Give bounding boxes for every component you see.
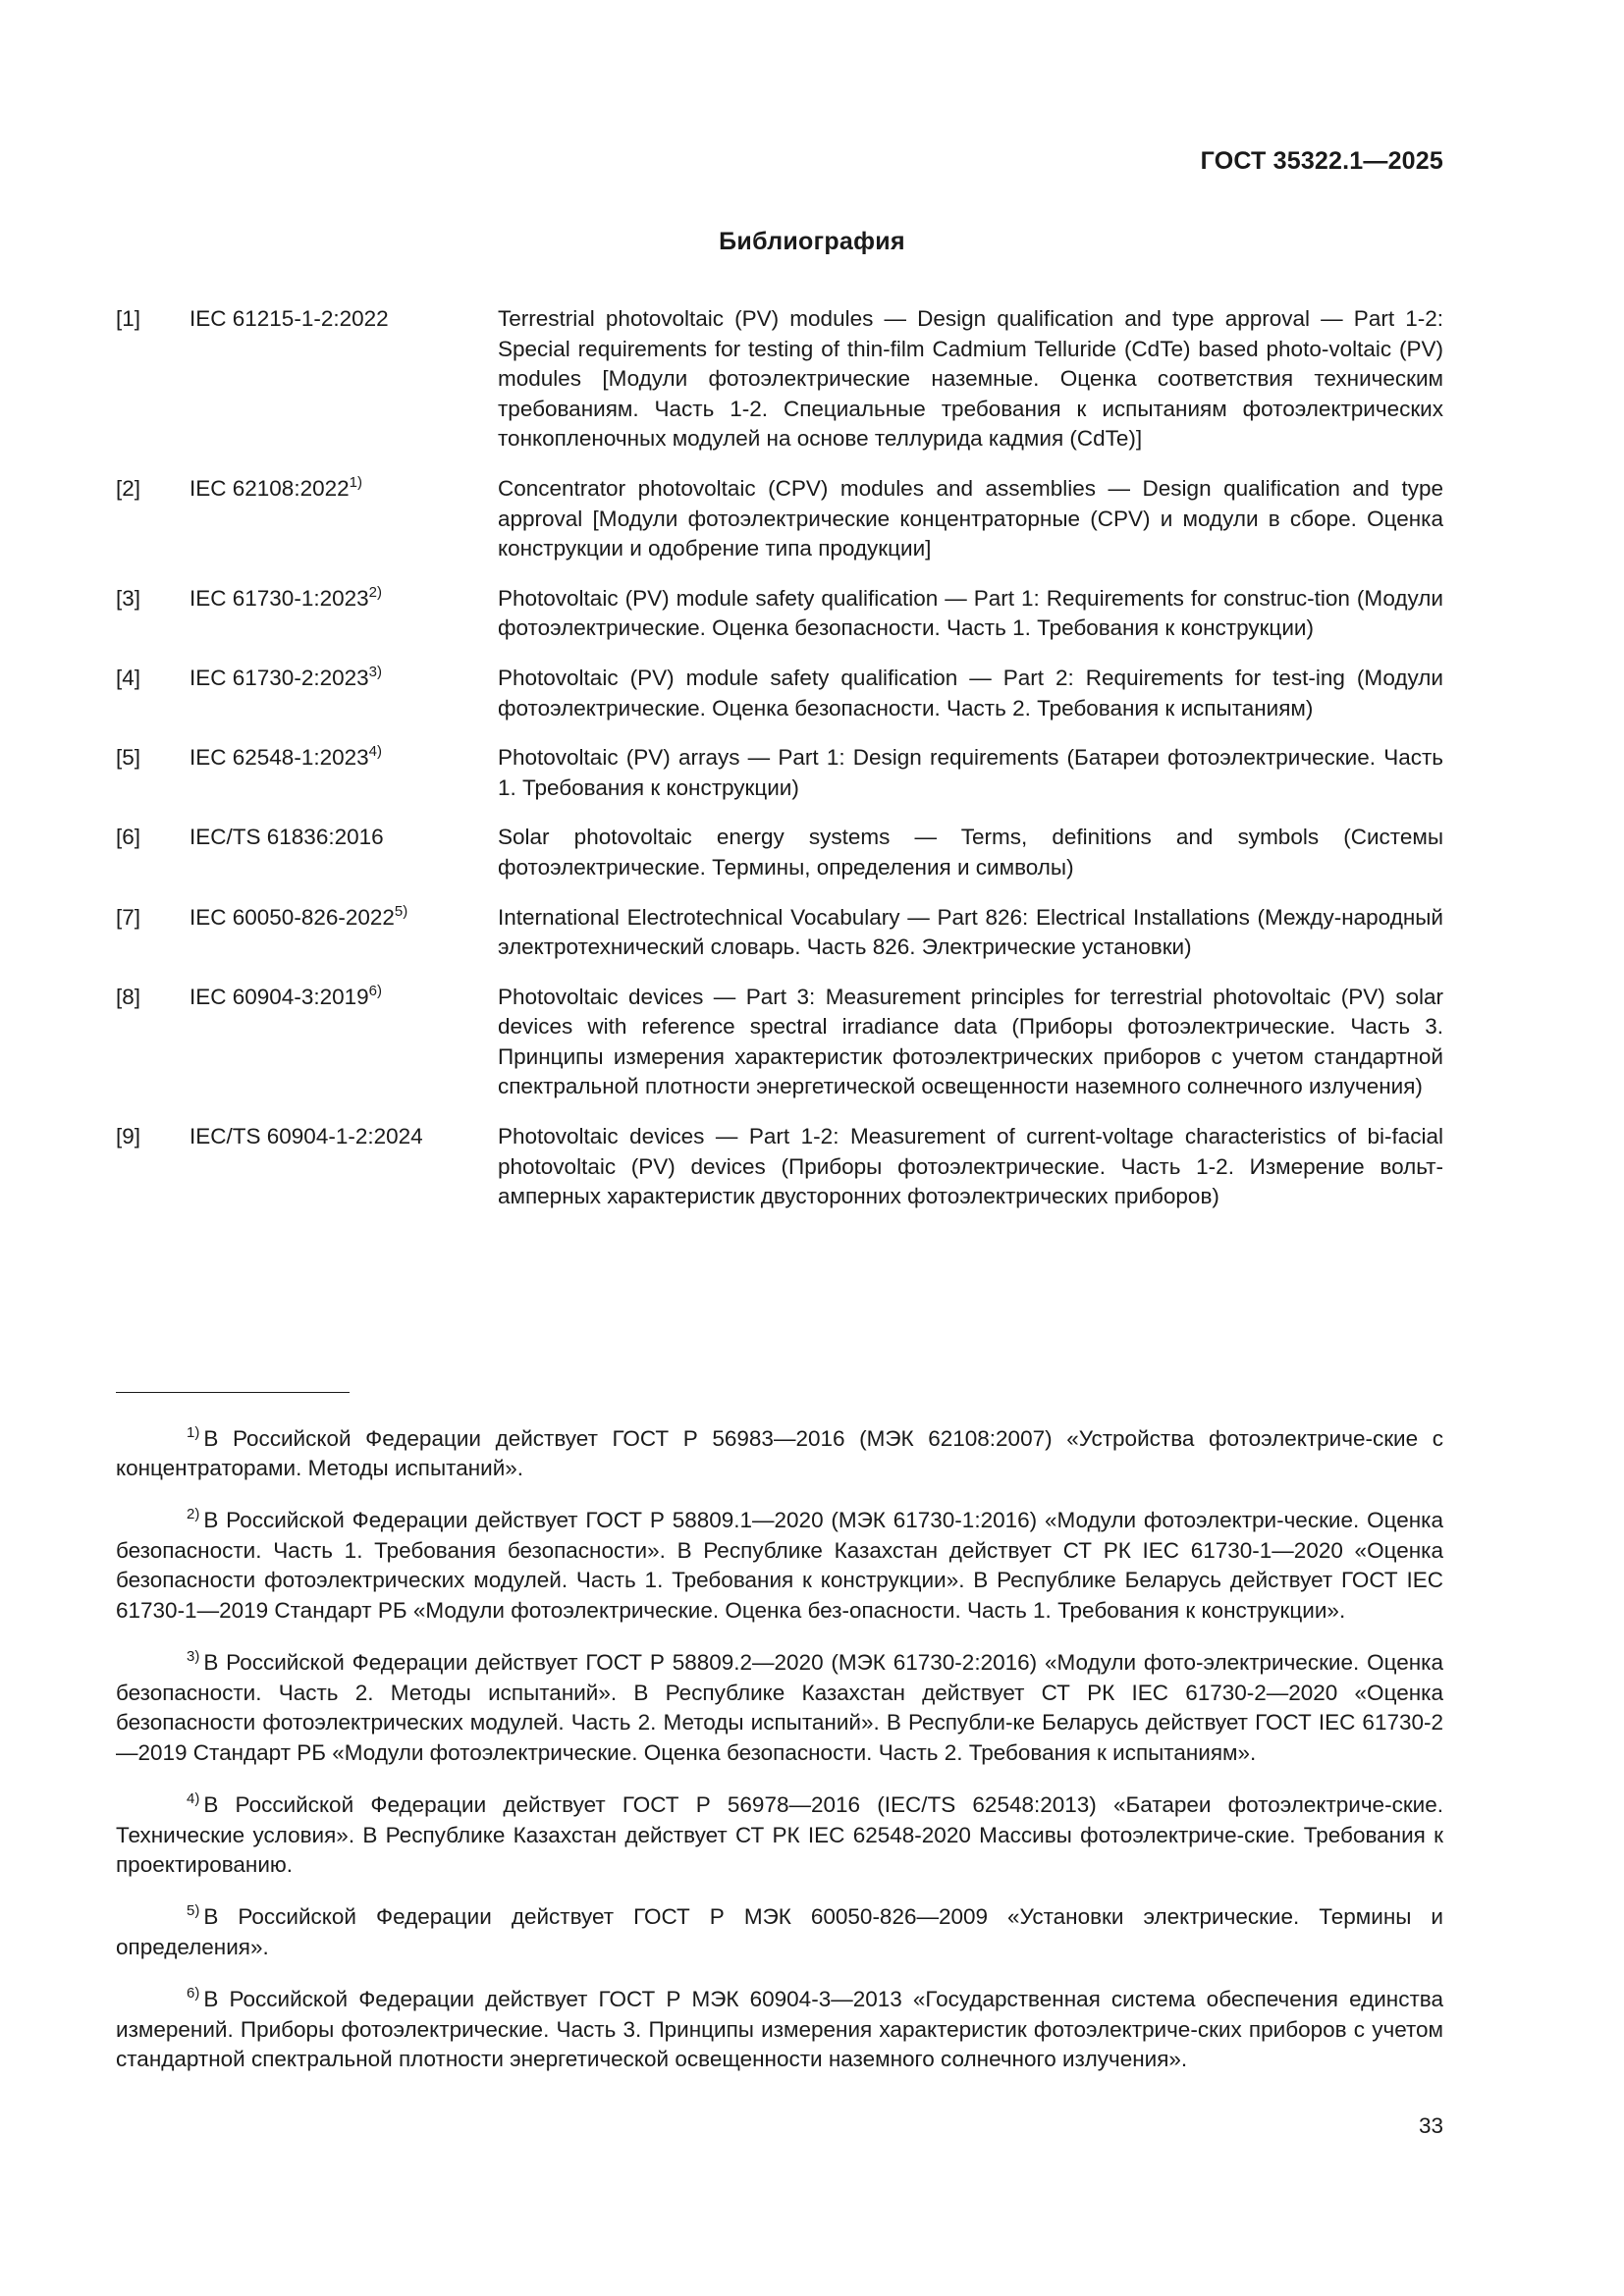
entry-title: Photovoltaic (PV) arrays — Part 1: Desig… bbox=[498, 743, 1443, 803]
page-number: 33 bbox=[1419, 2113, 1443, 2139]
entry-title: Terrestrial photovoltaic (PV) modules — … bbox=[498, 304, 1443, 454]
footnote-ref: 4) bbox=[369, 743, 382, 760]
bibliography-entry: [3] IEC 61730-1:20232) Photovoltaic (PV)… bbox=[116, 584, 1443, 644]
entry-title: Photovoltaic (PV) module safety qualific… bbox=[498, 584, 1443, 644]
designation-text: IEC 61730-2:2023 bbox=[189, 666, 369, 690]
footnote: 1)В Российской Федерации действует ГОСТ … bbox=[116, 1424, 1443, 1484]
footnote-mark: 1) bbox=[187, 1424, 199, 1441]
footnote: 3)В Российской Федерации действует ГОСТ … bbox=[116, 1648, 1443, 1768]
designation-text: IEC/TS 60904-1-2:2024 bbox=[189, 1124, 423, 1148]
bibliography-entry: [4] IEC 61730-2:20233) Photovoltaic (PV)… bbox=[116, 664, 1443, 723]
entry-designation: IEC 61730-1:20232) bbox=[189, 584, 498, 644]
entry-title: International Electrotechnical Vocabular… bbox=[498, 903, 1443, 963]
footnote-mark: 6) bbox=[187, 1985, 199, 2002]
footnote: 4)В Российской Федерации действует ГОСТ … bbox=[116, 1790, 1443, 1881]
footnote-text: В Российской Федерации действует ГОСТ Р … bbox=[116, 1792, 1443, 1877]
footnote-mark: 4) bbox=[187, 1790, 199, 1807]
footnote-ref: 3) bbox=[369, 664, 382, 680]
bibliography-entry: [9] IEC/TS 60904-1-2:2024 Photovoltaic d… bbox=[116, 1122, 1443, 1212]
footnote-ref: 6) bbox=[369, 983, 382, 999]
designation-text: IEC 60050-826-2022 bbox=[189, 905, 395, 930]
entry-number: [8] bbox=[116, 983, 189, 1102]
designation-text: IEC 62108:2022 bbox=[189, 476, 350, 501]
entry-title: Photovoltaic (PV) module safety qualific… bbox=[498, 664, 1443, 723]
entry-number: [3] bbox=[116, 584, 189, 644]
entry-number: [1] bbox=[116, 304, 189, 454]
footnote-mark: 2) bbox=[187, 1506, 199, 1522]
designation-text: IEC 61215-1-2:2022 bbox=[189, 306, 389, 331]
entry-number: [2] bbox=[116, 474, 189, 564]
bibliography-entry: [7] IEC 60050-826-20225) International E… bbox=[116, 903, 1443, 963]
entry-number: [7] bbox=[116, 903, 189, 963]
footnote-ref: 5) bbox=[395, 903, 407, 920]
entry-designation: IEC 61730-2:20233) bbox=[189, 664, 498, 723]
footnote-text: В Российской Федерации действует ГОСТ Р … bbox=[116, 1426, 1443, 1481]
entry-number: [6] bbox=[116, 823, 189, 882]
entry-designation: IEC 62548-1:20234) bbox=[189, 743, 498, 803]
footnote: 2)В Российской Федерации действует ГОСТ … bbox=[116, 1506, 1443, 1626]
entry-designation: IEC/TS 60904-1-2:2024 bbox=[189, 1122, 498, 1212]
designation-text: IEC 61730-1:2023 bbox=[189, 586, 369, 611]
entry-title: Photovoltaic devices — Part 3: Measureme… bbox=[498, 983, 1443, 1102]
bibliography-entry: [2] IEC 62108:20221) Concentrator photov… bbox=[116, 474, 1443, 564]
entry-number: [5] bbox=[116, 743, 189, 803]
footnote: 6)В Российской Федерации действует ГОСТ … bbox=[116, 1985, 1443, 2075]
designation-text: IEC 60904-3:2019 bbox=[189, 985, 369, 1009]
entry-title: Concentrator photovoltaic (CPV) modules … bbox=[498, 474, 1443, 564]
footnote-text: В Российской Федерации действует ГОСТ Р … bbox=[116, 1650, 1443, 1765]
footnote: 5)В Российской Федерации действует ГОСТ … bbox=[116, 1902, 1443, 1962]
designation-text: IEC/TS 61836:2016 bbox=[189, 825, 384, 849]
footnote-mark: 5) bbox=[187, 1902, 199, 1919]
bibliography-entry: [5] IEC 62548-1:20234) Photovoltaic (PV)… bbox=[116, 743, 1443, 803]
bibliography-entry: [1] IEC 61215-1-2:2022 Terrestrial photo… bbox=[116, 304, 1443, 454]
entry-designation: IEC 62108:20221) bbox=[189, 474, 498, 564]
entry-number: [9] bbox=[116, 1122, 189, 1212]
entry-designation: IEC 60050-826-20225) bbox=[189, 903, 498, 963]
bibliography-list: [1] IEC 61215-1-2:2022 Terrestrial photo… bbox=[116, 304, 1443, 1232]
footnote-ref: 2) bbox=[369, 584, 382, 601]
entry-designation: IEC/TS 61836:2016 bbox=[189, 823, 498, 882]
footnote-text: В Российской Федерации действует ГОСТ Р … bbox=[116, 1904, 1443, 1959]
bibliography-entry: [8] IEC 60904-3:20196) Photovoltaic devi… bbox=[116, 983, 1443, 1102]
footnote-separator bbox=[116, 1392, 350, 1393]
entry-designation: IEC 60904-3:20196) bbox=[189, 983, 498, 1102]
footnote-ref: 1) bbox=[350, 474, 362, 491]
document-standard-id: ГОСТ 35322.1—2025 bbox=[1201, 147, 1443, 176]
entry-title: Photovoltaic devices — Part 1-2: Measure… bbox=[498, 1122, 1443, 1212]
entry-number: [4] bbox=[116, 664, 189, 723]
footnote-mark: 3) bbox=[187, 1648, 199, 1665]
entry-designation: IEC 61215-1-2:2022 bbox=[189, 304, 498, 454]
designation-text: IEC 62548-1:2023 bbox=[189, 745, 369, 770]
bibliography-entry: [6] IEC/TS 61836:2016 Solar photovoltaic… bbox=[116, 823, 1443, 882]
entry-title: Solar photovoltaic energy systems — Term… bbox=[498, 823, 1443, 882]
footnote-text: В Российской Федерации действует ГОСТ Р … bbox=[116, 1987, 1443, 2071]
footnotes: 1)В Российской Федерации действует ГОСТ … bbox=[116, 1402, 1443, 2089]
footnote-text: В Российской Федерации действует ГОСТ Р … bbox=[116, 1508, 1443, 1623]
page-title: Библиография bbox=[0, 228, 1624, 256]
